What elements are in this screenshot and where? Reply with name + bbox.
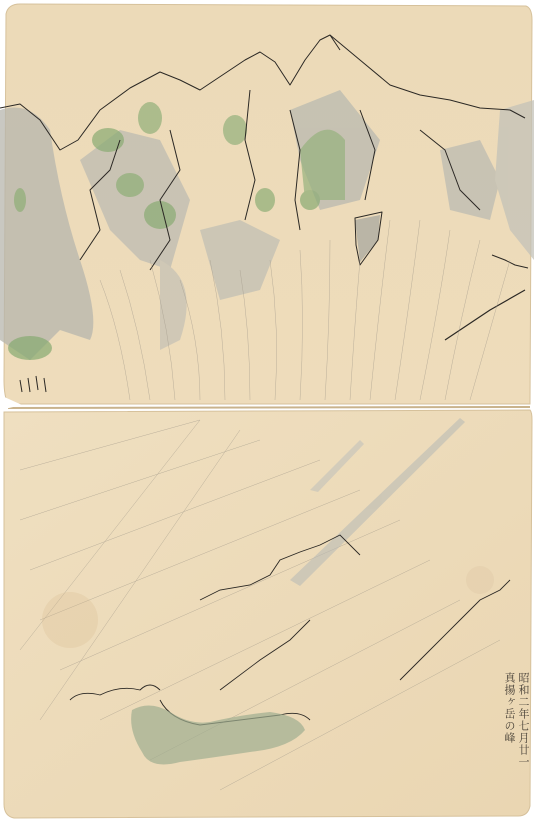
- artist-inscription: 昭和二年七月廿一 真揚ヶ岳の峰: [490, 672, 530, 812]
- inscription-title: 真揚ヶ岳の峰: [502, 672, 516, 812]
- artwork-canvas: [0, 0, 534, 822]
- inscription-date: 昭和二年七月廿一: [516, 672, 530, 812]
